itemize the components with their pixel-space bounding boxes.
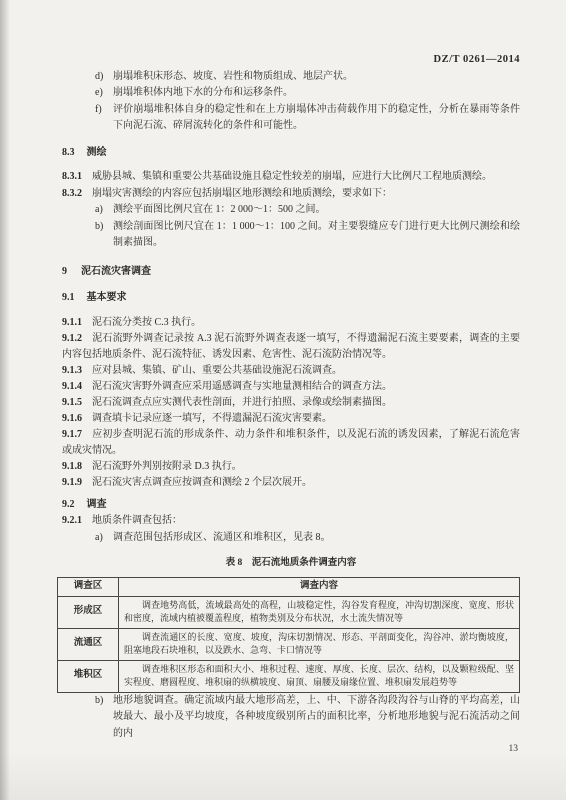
section-number: 8.3 xyxy=(62,147,75,158)
list-marker: a) xyxy=(95,530,103,547)
clause-number: 9.1.1 xyxy=(62,317,82,328)
list-item: b) 测绘剖面图比例尺宜在 1：1 000～1：100 之间。对主要裂缝应专门进… xyxy=(62,219,520,252)
clause-8-2-list: d) 崩塌堆积床形态、坡度、岩性和物质组成、地层产状。 e) 崩塌堆积体内地下水… xyxy=(62,69,520,135)
clause-9-1-4: 9.1.4泥石流灾害野外调查应采用遥感调查与实地量测相结合的调查方法。 xyxy=(62,379,520,395)
table-cell-zone: 形成区 xyxy=(58,596,119,628)
list-item: f) 评价崩塌堆积体自身的稳定性和在上方崩塌体冲击荷载作用下的稳定性，分析在暴雨… xyxy=(62,102,520,135)
clause-text: 泥石流灾害点调查应按调查和测绘 2 个层次展开。 xyxy=(92,477,312,488)
table-cell-content: 调查流通区的长度、宽度、坡度，沟床切割情况、形态、平剖面变化，沟谷冲、淤均衡坡度… xyxy=(119,628,520,660)
clause-9-1-7: 9.1.7应初步查明泥石流的形成条件、动力条件和堆积条件，以及泥石流的诱发因素，… xyxy=(62,427,520,459)
clause-number: 9.1.5 xyxy=(62,397,82,408)
clause-text: 泥石流野外判别按附录 D.3 执行。 xyxy=(92,461,242,472)
clauses-9-1-block: 9.1.1泥石流分类按 C.3 执行。 9.1.2泥石流野外调查记录按 A.3 … xyxy=(62,315,520,491)
list-text: 评价崩塌堆积体自身的稳定性和在上方崩塌体冲击荷载作用下的稳定性，分析在暴雨等条件… xyxy=(113,104,520,132)
table-header-content: 调查内容 xyxy=(119,577,520,596)
clause-number: 9.1.7 xyxy=(62,429,82,440)
clause-number: 9.1.9 xyxy=(62,477,82,488)
list-item: d) 崩塌堆积床形态、坡度、岩性和物质组成、地层产状。 xyxy=(62,69,520,86)
page-content: DZ/T 0261—2014 d) 崩塌堆积床形态、坡度、岩性和物质组成、地层产… xyxy=(62,0,520,742)
clause-number: 9.1.4 xyxy=(62,381,82,392)
clause-9-2-1-list-b: b) 地形地貌调查。确定流域内最大地形高差，上、中、下游各沟段沟谷与山脊的平均高… xyxy=(62,693,520,743)
table-header-zone: 调查区 xyxy=(58,577,119,596)
list-marker: a) xyxy=(95,202,103,219)
clause-text: 泥石流调查点应实测代表性剖面，并进行拍照、录像或绘制素描图。 xyxy=(92,397,392,408)
table-cell-zone: 堆积区 xyxy=(58,660,119,692)
list-text: 崩塌堆积体内地下水的分布和运移条件。 xyxy=(113,87,293,98)
section-heading-8-3: 8.3测绘 xyxy=(62,145,520,162)
list-text: 测绘平面图比例尺宜在 1：2 000～1：500 之间。 xyxy=(113,204,326,215)
clause-number: 9.1.2 xyxy=(62,333,82,344)
section-title: 测绘 xyxy=(87,147,107,158)
list-item: b) 地形地貌调查。确定流域内最大地形高差，上、中、下游各沟段沟谷与山脊的平均高… xyxy=(62,693,520,743)
clause-9-1-5: 9.1.5泥石流调查点应实测代表性剖面，并进行拍照、录像或绘制素描图。 xyxy=(62,395,520,411)
section-heading-9-1: 9.1基本要求 xyxy=(62,290,520,307)
list-text: 调查范围包括形成区、流通区和堆积区，见表 8。 xyxy=(113,532,331,543)
chapter-title: 泥石流灾害调查 xyxy=(81,266,151,277)
page-number: 13 xyxy=(509,744,519,754)
clause-text: 调查填卡记录应逐一填写，不得遗漏泥石流灾害要素。 xyxy=(92,413,332,424)
table-header-row: 调查区 调查内容 xyxy=(58,577,520,596)
clause-text: 应初步查明泥石流的形成条件、动力条件和堆积条件，以及泥石流的诱发因素，了解泥石流… xyxy=(62,429,520,456)
table-cell-content: 调查地势高低，流域最高处的高程，山坡稳定性，沟谷发育程度，冲沟切割深度、宽度、形… xyxy=(119,596,520,628)
list-marker: e) xyxy=(95,85,103,102)
clause-9-1-9: 9.1.9泥石流灾害点调查应按调查和测绘 2 个层次展开。 xyxy=(62,475,520,491)
section-number: 9.1 xyxy=(62,292,75,303)
clause-text: 泥石流野外调查记录按 A.3 泥石流野外调查表逐一填写，不得遗漏泥石流主要要素，… xyxy=(62,333,520,360)
list-marker: b) xyxy=(95,219,103,236)
chapter-number: 9 xyxy=(62,266,67,277)
clause-9-2-1: 9.2.1地质条件调查包括： xyxy=(62,513,520,530)
clause-9-2-1-list-a: a) 调查范围包括形成区、流通区和堆积区，见表 8。 xyxy=(62,530,520,547)
clause-text: 泥石流灾害野外调查应采用遥感调查与实地量测相结合的调查方法。 xyxy=(92,381,392,392)
scanned-standard-page: DZ/T 0261—2014 d) 崩塌堆积床形态、坡度、岩性和物质组成、地层产… xyxy=(0,0,566,800)
clause-9-1-2: 9.1.2泥石流野外调查记录按 A.3 泥石流野外调查表逐一填写，不得遗漏泥石流… xyxy=(62,331,520,363)
table-row: 形成区 调查地势高低，流域最高处的高程，山坡稳定性，沟谷发育程度，冲沟切割深度、… xyxy=(58,596,520,628)
list-item: a) 测绘平面图比例尺宜在 1：2 000～1：500 之间。 xyxy=(62,202,520,219)
clause-9-1-8: 9.1.8泥石流野外判别按附录 D.3 执行。 xyxy=(62,459,520,475)
clause-number: 8.3.1 xyxy=(62,171,82,182)
list-text: 测绘剖面图比例尺宜在 1：1 000～1：100 之间。对主要裂缝应专门进行更大… xyxy=(113,221,520,249)
table-row: 流通区 调查流通区的长度、宽度、坡度，沟床切割情况、形态、平剖面变化，沟谷冲、淤… xyxy=(58,628,520,660)
clause-9-1-6: 9.1.6调查填卡记录应逐一填写，不得遗漏泥石流灾害要素。 xyxy=(62,411,520,427)
table-8-caption: 表 8 泥石流地质条件调查内容 xyxy=(62,555,520,572)
clauses-8-3-block: 8.3.1威胁县城、集镇和重要公共基础设施且稳定性较差的崩塌，应进行大比例尺工程… xyxy=(62,169,520,252)
clause-number: 9.1.3 xyxy=(62,365,82,376)
clause-8-3-2-list: a) 测绘平面图比例尺宜在 1：2 000～1：500 之间。 b) 测绘剖面图… xyxy=(62,202,520,252)
list-item: e) 崩塌堆积体内地下水的分布和运移条件。 xyxy=(62,85,520,102)
list-text: 地形地貌调查。确定流域内最大地形高差，上、中、下游各沟段沟谷与山脊的平均高差，山… xyxy=(113,695,520,739)
clause-text: 崩塌灾害测绘的内容应包括崩塌区地形测绘和地质测绘，要求如下： xyxy=(92,188,392,199)
list-marker: d) xyxy=(95,69,103,86)
list-marker: f) xyxy=(95,102,102,119)
section-title: 基本要求 xyxy=(87,292,127,303)
clause-text: 泥石流分类按 C.3 执行。 xyxy=(92,317,201,328)
clause-9-1-1: 9.1.1泥石流分类按 C.3 执行。 xyxy=(62,315,520,331)
standard-number-header: DZ/T 0261—2014 xyxy=(62,52,520,69)
table-cell-zone: 流通区 xyxy=(58,628,119,660)
chapter-heading-9: 9泥石流灾害调查 xyxy=(62,264,520,281)
list-marker: b) xyxy=(95,693,103,710)
table-row: 堆积区 调查堆积区形态和面积大小、堆积过程、速度、厚度、长度、层次、结构，以及颗… xyxy=(58,660,520,692)
section-title: 调查 xyxy=(87,499,107,510)
section-heading-9-2: 9.2调查 xyxy=(62,497,520,514)
clause-number: 9.1.8 xyxy=(62,461,82,472)
list-text: 崩塌堆积床形态、坡度、岩性和物质组成、地层产状。 xyxy=(113,71,353,82)
clause-9-1-3: 9.1.3应对县城、集镇、矿山、重要公共基础设施泥石流调查。 xyxy=(62,363,520,379)
clause-text: 威胁县城、集镇和重要公共基础设施且稳定性较差的崩塌，应进行大比例尺工程地质测绘。 xyxy=(92,171,492,182)
clause-text: 应对县城、集镇、矿山、重要公共基础设施泥石流调查。 xyxy=(92,365,342,376)
clause-number: 9.1.6 xyxy=(62,413,82,424)
list-item: a) 调查范围包括形成区、流通区和堆积区，见表 8。 xyxy=(62,530,520,547)
table-8: 调查区 调查内容 形成区 调查地势高低，流域最高处的高程，山坡稳定性，沟谷发育程… xyxy=(57,577,520,693)
table-cell-content: 调查堆积区形态和面积大小、堆积过程、速度、厚度、长度、层次、结构，以及颗粒级配、… xyxy=(119,660,520,692)
clause-number: 9.2.1 xyxy=(62,515,82,526)
clause-number: 8.3.2 xyxy=(62,188,82,199)
clause-text: 地质条件调查包括： xyxy=(92,515,182,526)
clause-8-3-2: 8.3.2崩塌灾害测绘的内容应包括崩塌区地形测绘和地质测绘，要求如下： xyxy=(62,186,520,203)
clause-8-3-1: 8.3.1威胁县城、集镇和重要公共基础设施且稳定性较差的崩塌，应进行大比例尺工程… xyxy=(62,169,520,186)
section-number: 9.2 xyxy=(62,499,75,510)
